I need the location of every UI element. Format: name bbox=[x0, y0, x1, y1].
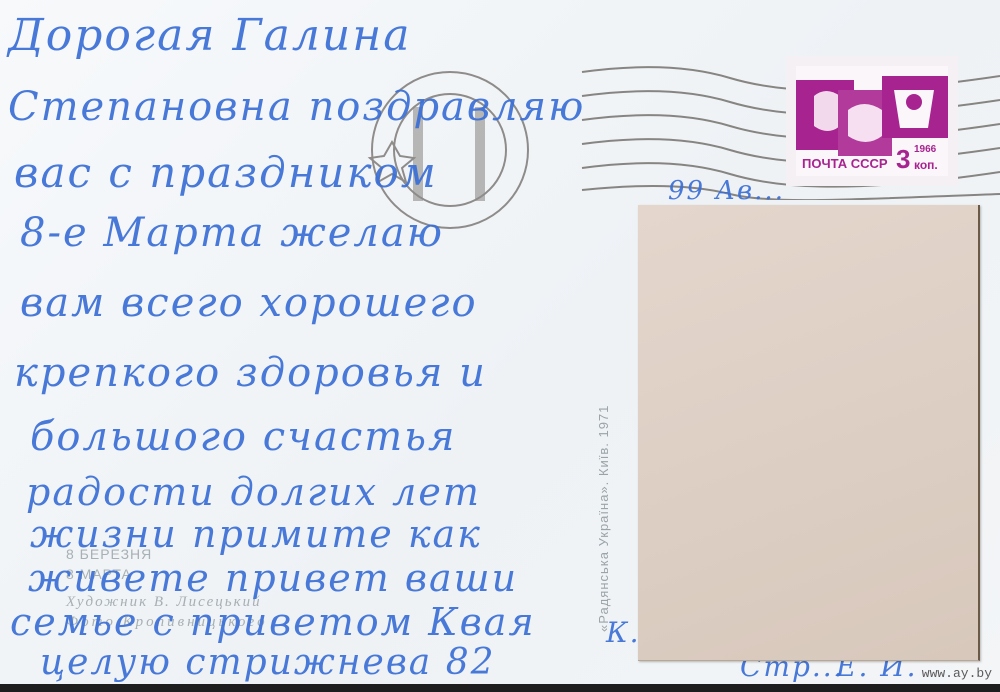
stamp-value: 3 bbox=[896, 144, 910, 175]
handwritten-line: крепкого здоровья и bbox=[14, 350, 487, 396]
handwritten-line: вас с праздником bbox=[14, 148, 438, 197]
handwritten-line: 8-е Марта желаю bbox=[20, 210, 444, 256]
handwritten-line: большого счастья bbox=[30, 414, 456, 460]
handwritten-line: вам всего хорошего bbox=[20, 280, 478, 326]
handwritten-line: Степановна поздравляю bbox=[8, 84, 585, 130]
handwritten-line: Дорогая Галина bbox=[8, 10, 411, 61]
handwritten-line: жизни примите как bbox=[30, 512, 482, 556]
publisher-imprint: «Радянська Україна». Київ. 1971 bbox=[596, 405, 611, 632]
postage-stamp: ПОЧТА СССР 3 1966 коп. bbox=[786, 56, 958, 186]
paper-patch bbox=[638, 205, 980, 661]
bottom-border bbox=[0, 684, 1000, 692]
address-fragment: 99 Ав... bbox=[668, 176, 785, 206]
stamp-label: ПОЧТА СССР bbox=[802, 156, 888, 171]
handwritten-line: живете привет ваши bbox=[28, 556, 518, 600]
handwritten-line: радости долгих лет bbox=[26, 470, 481, 514]
watermark: www.ay.by bbox=[922, 666, 992, 681]
postcard-back: 8 БЕРЕЗНЯ 8 МАРТА Художник В. Лисецький … bbox=[0, 0, 1000, 684]
handwritten-line: целую стрижнева 82 bbox=[40, 642, 496, 683]
stamp-unit: коп. bbox=[914, 158, 938, 172]
stamp-year: 1966 bbox=[914, 144, 936, 155]
handwritten-line: семье с приветом Квая bbox=[10, 600, 536, 644]
